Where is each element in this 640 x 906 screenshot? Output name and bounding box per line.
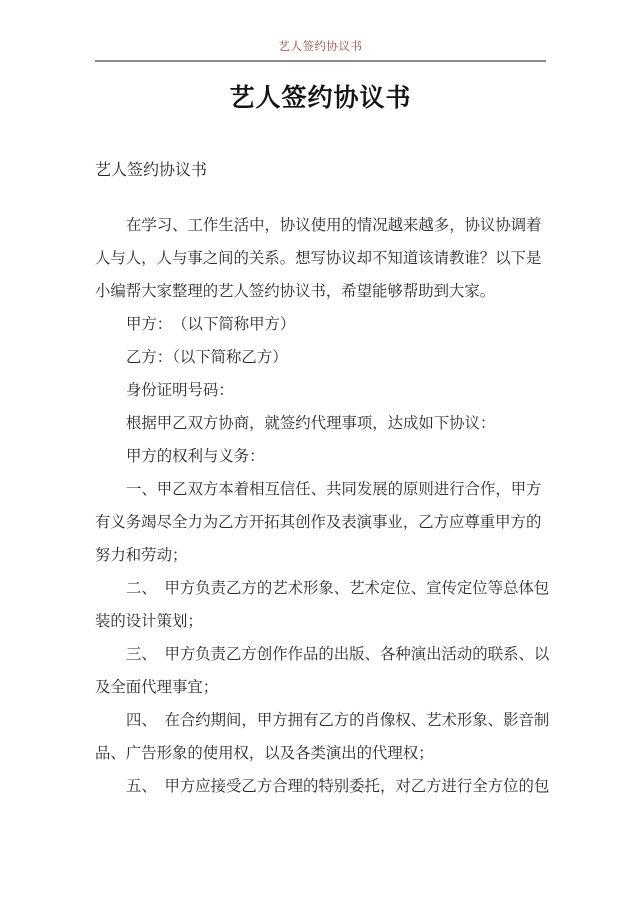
paragraph-clause-4: 四、 在合约期间，甲方拥有乙方的肖像权、艺术形象、影音制 品、广告形象的使用权，… — [95, 704, 546, 770]
paragraph-clause-3: 三、 甲方负责乙方创作作品的出版、各种演出活动的联系、以 及全面代理事宜； — [95, 638, 546, 704]
paragraph-list: 在学习、工作生活中，协议使用的情况越来越多，协议协调着 人与人，人与事之间的关系… — [95, 209, 546, 803]
paragraph-preamble: 根据甲乙双方协商，就签约代理事项，达成如下协议： — [95, 407, 546, 440]
page-header: 艺人签约协议书 — [95, 0, 546, 62]
document-body: 艺人签约协议书 在学习、工作生活中，协议使用的情况越来越多，协议协调着 人与人，… — [95, 154, 546, 803]
paragraph-intro: 在学习、工作生活中，协议使用的情况越来越多，协议协调着 人与人，人与事之间的关系… — [95, 209, 546, 308]
paragraph-party-b: 乙方：（以下简称乙方） — [95, 341, 546, 374]
document-page: 艺人签约协议书 艺人签约协议书 艺人签约协议书 在学习、工作生活中，协议使用的情… — [0, 0, 640, 906]
document-subtitle: 艺人签约协议书 — [95, 154, 546, 187]
paragraph-id-number: 身份证明号码： — [95, 374, 546, 407]
paragraph-clause-5: 五、 甲方应接受乙方合理的特别委托，对乙方进行全方位的包 — [95, 770, 546, 803]
paragraph-clause-2: 二、 甲方负责乙方的艺术形象、艺术定位、宣传定位等总体包 装的设计策划； — [95, 572, 546, 638]
running-header-title: 艺人签约协议书 — [279, 41, 363, 53]
paragraph-party-a: 甲方： （以下简称甲方） — [95, 308, 546, 341]
document-title: 艺人签约协议书 — [95, 82, 546, 116]
paragraph-rights-head: 甲方的权利与义务： — [95, 440, 546, 473]
paragraph-clause-1: 一、甲乙双方本着相互信任、共同发展的原则进行合作，甲方 有义务竭尽全力为乙方开拓… — [95, 473, 546, 572]
